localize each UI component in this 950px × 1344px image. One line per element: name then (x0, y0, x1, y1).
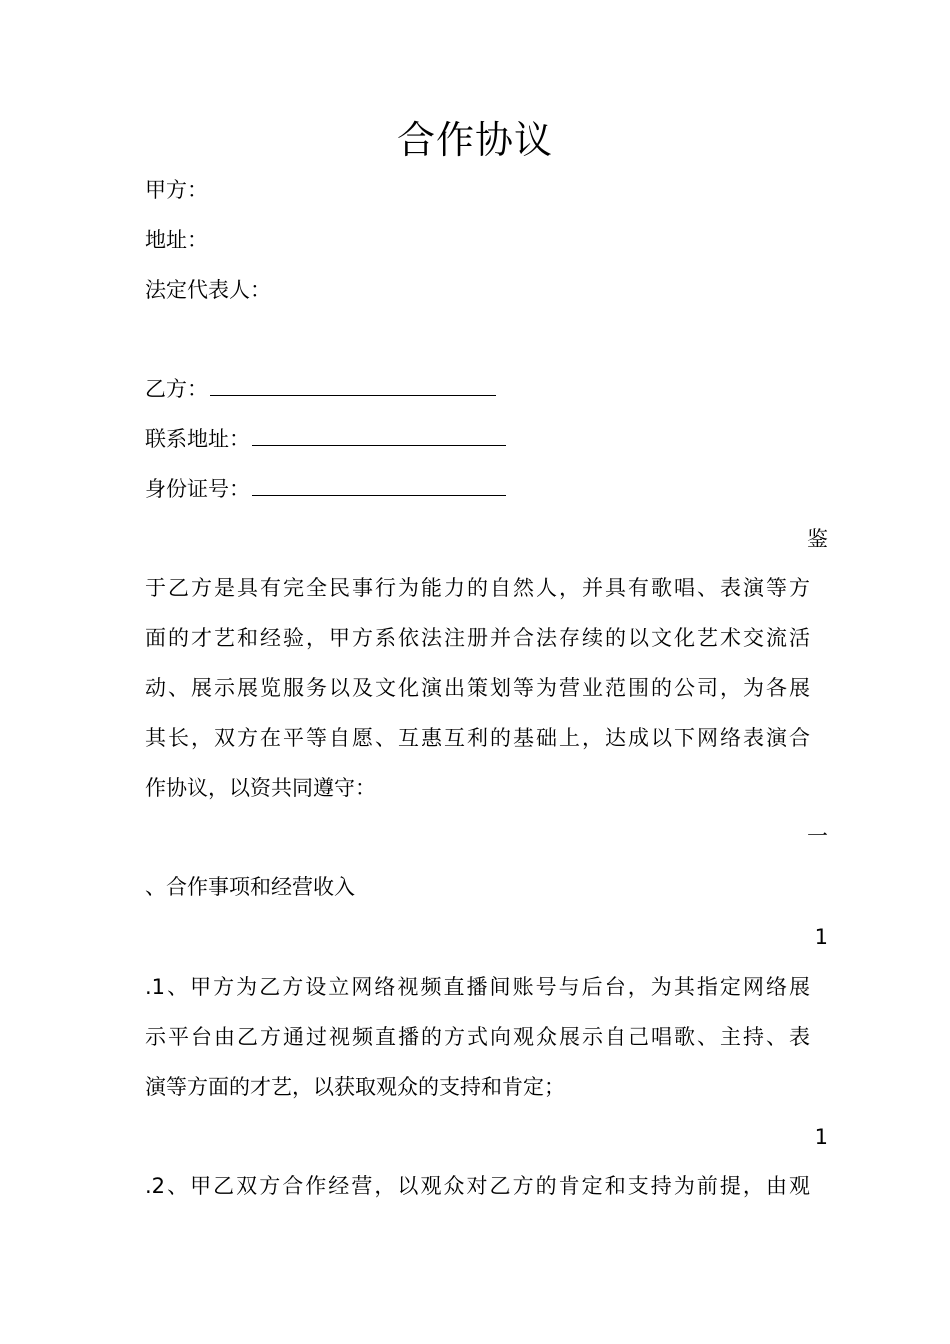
preamble-line: 动、展示展览服务以及文化演出策划等为营业范围的公司，为各展 (145, 674, 810, 702)
clause-line: 演等方面的才艺，以获取观众的支持和肯定； (145, 1073, 810, 1101)
clause-line: 示平台由乙方通过视频直播的方式向观众展示自己唱歌、主持、表 (145, 1023, 810, 1051)
party-b-id-row: 身份证号： (145, 475, 506, 503)
party-b-contact-address-label: 联系地址： (145, 427, 250, 451)
preamble-line: 其长，双方在平等自愿、互惠互利的基础上，达成以下网络表演合 (145, 724, 810, 752)
preamble-line: 于乙方是具有完全民事行为能力的自然人，并具有歌唱、表演等方 (145, 574, 810, 602)
party-b-row: 乙方： (145, 375, 496, 403)
preamble-line: 作协议，以资共同遵守： (145, 774, 810, 802)
party-b-blank-field[interactable] (210, 375, 496, 396)
clause-line: .2、甲乙双方合作经营，以观众对乙方的肯定和支持为前提，由观 (145, 1172, 810, 1200)
party-a-address-label: 地址： (145, 226, 208, 254)
party-b-id-number-label: 身份证号： (145, 477, 250, 501)
clause-line: .1、甲方为乙方设立网络视频直播间账号与后台，为其指定网络展 (145, 973, 810, 1001)
preamble-line: 面的才艺和经验，甲方系依法注册并合法存续的以文化艺术交流活 (145, 624, 810, 652)
clause-1-1-number-prefix: 1 (815, 923, 828, 951)
party-b-contact-row: 联系地址： (145, 425, 506, 453)
document-page: 合作协议 甲方： 地址： 法定代表人： 乙方： 联系地址： 身份证号： 鉴 于乙… (0, 0, 950, 1344)
section-1-number: 一 (807, 822, 828, 850)
preamble-lead-char: 鉴 (807, 525, 828, 553)
party-b-label: 乙方： (145, 377, 208, 401)
document-title: 合作协议 (0, 116, 950, 164)
clause-1-2-number-prefix: 1 (815, 1123, 828, 1151)
section-1-heading: 、合作事项和经营收入 (145, 873, 355, 901)
party-a-legal-rep-label: 法定代表人： (145, 276, 271, 304)
party-a-label: 甲方： (145, 176, 208, 204)
contact-address-blank-field[interactable] (252, 425, 506, 446)
id-number-blank-field[interactable] (252, 475, 506, 496)
